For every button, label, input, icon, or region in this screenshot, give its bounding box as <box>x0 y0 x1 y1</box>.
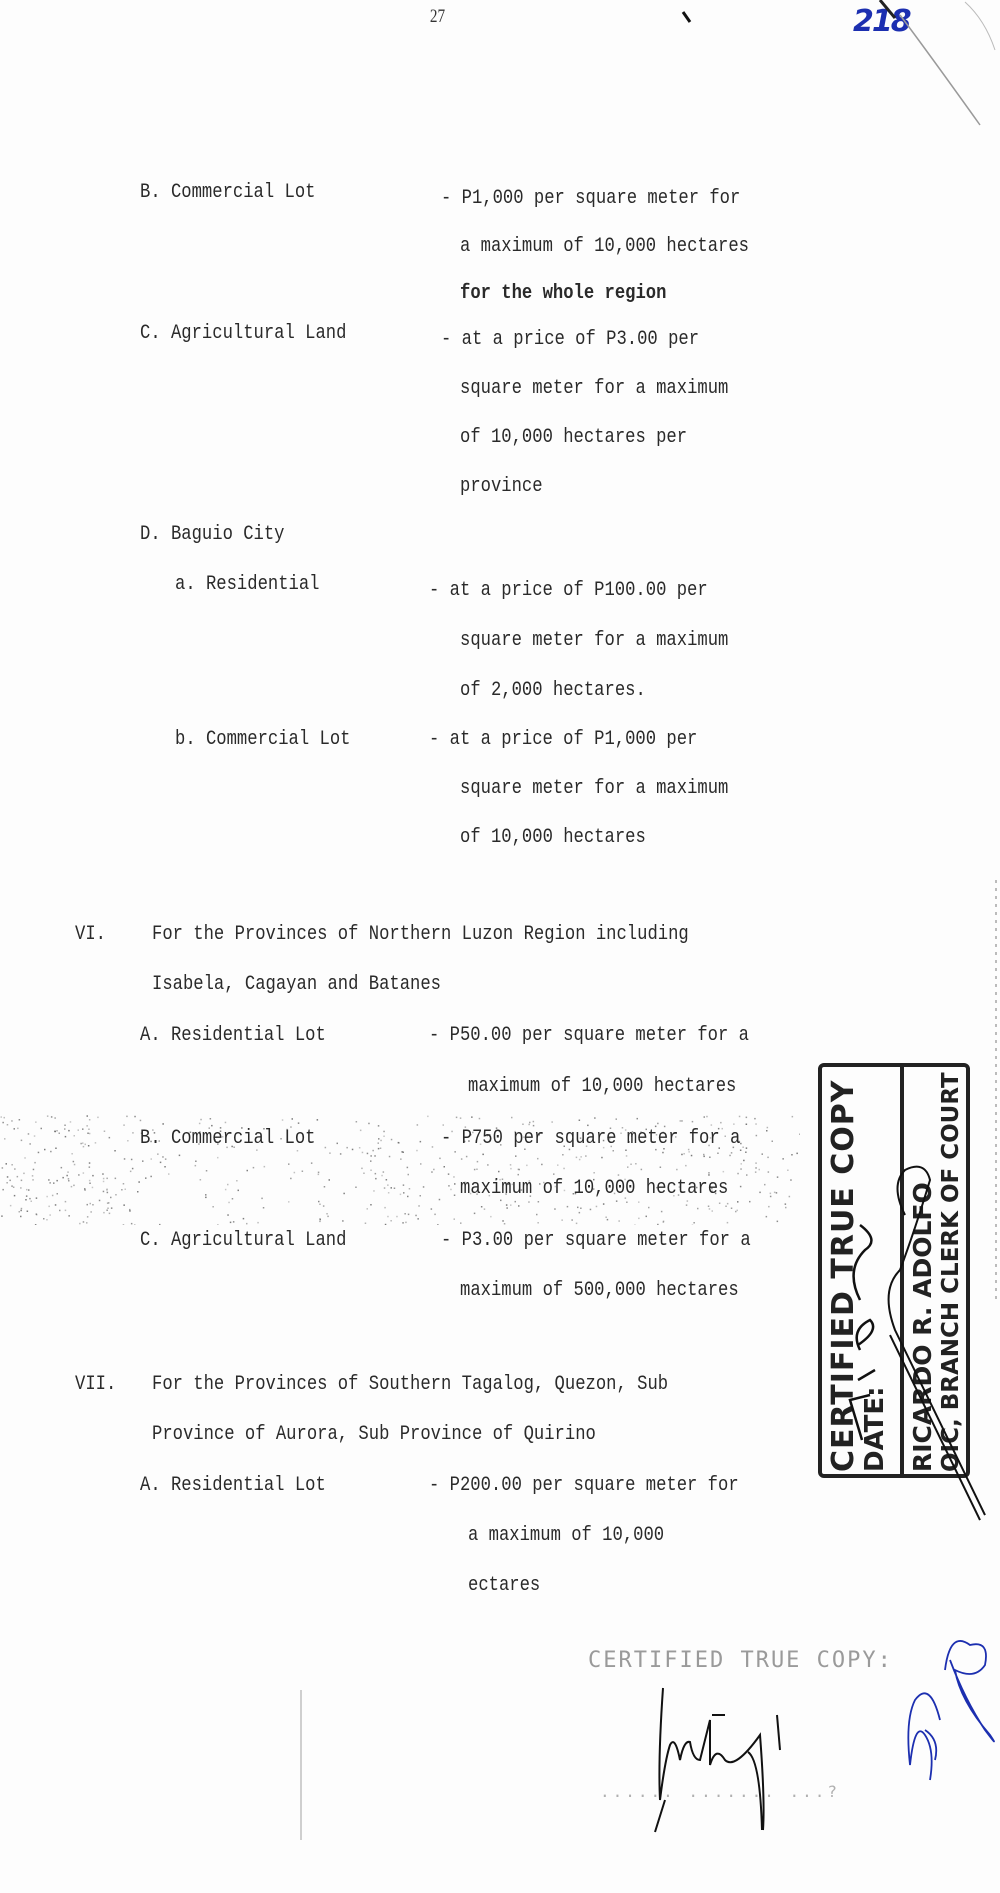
stamp-title: CERTIFIED TRUE COPY <box>826 1080 861 1472</box>
footer-certified-stamp: CERTIFIED TRUE COPY: <box>588 1648 893 1673</box>
sub-item-label: b. Commercial Lot <box>175 728 350 752</box>
stamp-divider <box>900 1067 904 1474</box>
stamp-clerk-position: OIC, BRANCH CLERK OF COURT <box>938 1072 964 1472</box>
stamp-date-label: DATE: <box>860 1386 890 1472</box>
item-detail: a maximum of 10,000 hectares <box>460 235 749 259</box>
item-detail: - at a price of P3.00 per <box>441 328 699 352</box>
page-edge-mark <box>995 880 997 1300</box>
item-detail: - P50.00 per square meter for a <box>429 1024 749 1048</box>
document-page: 27 218 B. Commercial Lot - P1,000 per sq… <box>0 0 1000 1893</box>
top-mark-icon <box>683 12 690 22</box>
item-label: D. Baguio City <box>140 523 285 547</box>
item-label: C. Agricultural Land <box>140 1229 346 1253</box>
stamp-clerk-name: RICARDO R. ADOLFO <box>908 1182 937 1472</box>
item-detail: - at a price of P1,000 per <box>429 728 697 752</box>
section-heading: For the Provinces of Northern Luzon Regi… <box>152 923 689 947</box>
item-label: B. Commercial Lot <box>140 181 315 205</box>
scan-artifact-line <box>300 1690 302 1840</box>
footer-faint-name: ...... ....... ...? <box>600 1782 840 1801</box>
item-detail: a maximum of 10,000 <box>468 1524 664 1548</box>
sub-item-label: a. Residential <box>175 573 320 597</box>
item-detail: maximum of 10,000 hectares <box>460 1177 728 1201</box>
item-detail: square meter for a maximum <box>460 377 728 401</box>
item-label: C. Agricultural Land <box>140 322 346 346</box>
footer-signature-icon <box>655 1688 780 1832</box>
item-detail: maximum of 500,000 hectares <box>460 1279 739 1303</box>
item-detail: square meter for a maximum <box>460 629 728 653</box>
item-detail: - P1,000 per square meter for <box>441 187 740 211</box>
item-label: B. Commercial Lot <box>140 1127 315 1151</box>
item-label: A. Residential Lot <box>140 1024 326 1048</box>
section-heading: Province of Aurora, Sub Province of Quir… <box>152 1423 596 1447</box>
item-detail: - P200.00 per square meter for <box>429 1474 739 1498</box>
item-detail: maximum of 10,000 hectares <box>468 1075 736 1099</box>
section-heading: Isabela, Cagayan and Batanes <box>152 973 441 997</box>
item-detail: - P750 per square meter for a <box>441 1127 740 1151</box>
blue-initials-icon <box>908 1641 994 1780</box>
page-corner-fold-mark <box>860 0 1000 140</box>
item-detail: - P3.00 per square meter for a <box>441 1229 751 1253</box>
page-number: 27 <box>430 6 445 28</box>
section-heading: For the Provinces of Southern Tagalog, Q… <box>152 1373 668 1397</box>
item-detail: for the whole region <box>460 282 666 306</box>
item-detail: ectares <box>468 1574 540 1598</box>
section-numeral: VI. <box>75 923 106 947</box>
item-detail: of 2,000 hectares. <box>460 679 646 703</box>
section-numeral: VII. <box>75 1373 116 1397</box>
item-label: A. Residential Lot <box>140 1474 326 1498</box>
certified-true-copy-stamp: CERTIFIED TRUE COPY DATE: RICARDO R. ADO… <box>818 1063 970 1478</box>
item-detail: of 10,000 hectares per <box>460 426 687 450</box>
item-detail: - at a price of P100.00 per <box>429 579 708 603</box>
item-detail: province <box>460 475 543 499</box>
item-detail: of 10,000 hectares <box>460 826 646 850</box>
item-detail: square meter for a maximum <box>460 777 728 801</box>
